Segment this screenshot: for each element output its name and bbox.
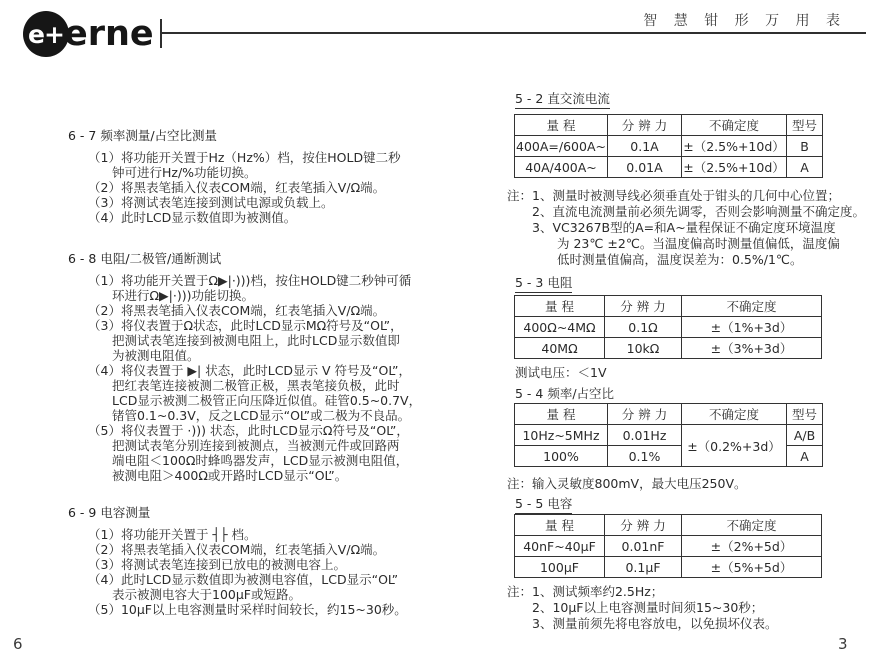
body-line: （3）将测试表笔连接到已放电的被测电容上。 xyxy=(68,557,460,572)
table-row: 40MΩ 10kΩ ±（3%+3d） xyxy=(515,338,822,359)
body-line: （2）将黑表笔插入仪表COM端，红表笔插入V/Ω端。 xyxy=(68,180,460,195)
note-line: 2、直流电流测量前必须先调零，否则会影响测量不确定度。 xyxy=(507,204,859,220)
dc-ac-current-spec-table: 量 程 分 辨 力 不确定度 型号 400A=/600A~ 0.1A ±（2.5… xyxy=(514,114,823,178)
section-heading: 6 - 7 频率测量/占空比测量 xyxy=(68,128,460,143)
body-line: （2）将黑表笔插入仪表COM端，红表笔插入V/Ω端。 xyxy=(68,542,460,557)
body-line: （4）此时LCD显示数值即为被测值。 xyxy=(68,210,460,225)
section-heading: 6 - 8 电阻/二极管/通断测试 xyxy=(68,251,460,266)
cell-uncertainty-merged: ±（0.2%+3d） xyxy=(682,425,787,467)
section-5-2-caption: 5 - 2 直交流电流 xyxy=(515,92,610,106)
body-line: （1）将功能开关置于Hz（Hz%）档，按住HOLD键二秒 xyxy=(68,150,460,165)
header-uncertainty: 不确定度 xyxy=(682,115,787,136)
body-line: （5）10μF以上电容测量时采样时间较长，约15~30秒。 xyxy=(68,602,460,617)
body-line: （1）将功能开关置于 ┤├ 档。 xyxy=(68,527,460,542)
header-range: 量 程 xyxy=(515,515,605,536)
note-line: 注：1、测量时被测导线必须垂直处于钳头的几何中心位置； xyxy=(507,188,859,204)
body-line: 为被测电阻值。 xyxy=(68,348,460,363)
body-line: LCD显示被测二极管正向压降近似值。硅管0.5~0.7V， xyxy=(68,393,460,408)
brand-logo-mark: e+ xyxy=(23,11,69,57)
body-line: 钟可进行Hz/%功能切换。 xyxy=(68,165,460,180)
cell-uncertainty: ±（2.5%+10d） xyxy=(682,157,787,178)
section-5-4-note: 注：输入灵敏度800mV，最大电压250V。 xyxy=(507,476,859,492)
cell-resolution: 10kΩ xyxy=(605,338,682,359)
cell-uncertainty: ±（5%+5d） xyxy=(682,557,822,578)
header-range: 量 程 xyxy=(515,296,605,317)
body-line: 把测试表笔分别连接到被测点，当被测元件或回路两 xyxy=(68,438,460,453)
note-line: 3、VC3267B型的A=和A~量程保证不确定度环境温度 xyxy=(507,220,859,236)
body-line: 把测试表笔连接到被测电阻上，此时LCD显示数值即 xyxy=(68,333,460,348)
header-uncertainty: 不确定度 xyxy=(682,404,787,425)
note-line: 注：1、测试频率约2.5Hz； xyxy=(507,584,859,600)
body-line: （2）将黑表笔插入仪表COM端，红表笔插入V/Ω端。 xyxy=(68,303,460,318)
page-number-right: 3 xyxy=(838,635,848,653)
cell-resolution: 0.1μF xyxy=(605,557,682,578)
header-range: 量 程 xyxy=(515,115,608,136)
section-5-5-notes: 注：1、测试频率约2.5Hz； 2、10μF以上电容测量时间须15~30秒； 3… xyxy=(507,584,859,632)
cell-model: A xyxy=(787,157,823,178)
cell-range: 40A/400A~ xyxy=(515,157,608,178)
capacitance-spec-table: 量 程 分 辨 力 不确定度 40nF~40μF 0.01nF ±（2%+5d）… xyxy=(514,514,822,578)
body-line: 把红表笔连接被测二极管正极，黑表笔接负极，此时 xyxy=(68,378,460,393)
cell-model: A xyxy=(787,446,823,467)
body-line: 表示被测电容大于100μF或短路。 xyxy=(68,587,460,602)
resistance-spec-table: 量 程 分 辨 力 不确定度 400Ω~4MΩ 0.1Ω ±（1%+3d） 40… xyxy=(514,295,822,359)
section-5-5-caption: 5 - 5 电容 xyxy=(515,497,572,511)
header-range: 量 程 xyxy=(515,404,608,425)
cell-uncertainty: ±（1%+3d） xyxy=(682,317,822,338)
cell-model: B xyxy=(787,136,823,157)
note-line: 2、10μF以上电容测量时间须15~30秒； xyxy=(507,600,859,616)
cell-resolution: 0.1% xyxy=(608,446,682,467)
header-resolution: 分 辨 力 xyxy=(605,515,682,536)
header-resolution: 分 辨 力 xyxy=(608,115,682,136)
cell-uncertainty: ±（3%+3d） xyxy=(682,338,822,359)
note-line: 为 23℃ ±2℃。当温度偏高时测量值偏低，温度偏 xyxy=(507,236,859,252)
body-line: （3）将仪表置于Ω状态，此时LCD显示MΩ符号及“OL”， xyxy=(68,318,460,333)
frequency-duty-spec-table: 量 程 分 辨 力 不确定度 型号 10Hz~5MHz 0.01Hz ±（0.2… xyxy=(514,403,823,467)
body-line: 端电阻＜100Ω时蜂鸣器发声，LCD显示被测电阻值， xyxy=(68,453,460,468)
section-6-7-frequency-duty: 6 - 7 频率测量/占空比测量 （1）将功能开关置于Hz（Hz%）档，按住HO… xyxy=(68,128,460,225)
cell-range: 40MΩ xyxy=(515,338,605,359)
section-heading: 6 - 9 电容测量 xyxy=(68,505,460,520)
cell-resolution: 0.1Ω xyxy=(605,317,682,338)
left-column: 6 - 7 频率测量/占空比测量 （1）将功能开关置于Hz（Hz%）档，按住HO… xyxy=(68,0,460,664)
header-uncertainty: 不确定度 xyxy=(682,515,822,536)
section-5-4-caption: 5 - 4 频率/占空比 xyxy=(515,387,614,401)
note-line: 低时测量值偏高，温度误差为：0.5%/1℃。 xyxy=(507,252,859,268)
right-column: 5 - 2 直交流电流 量 程 分 辨 力 不确定度 型号 400A=/600A… xyxy=(507,0,859,664)
cell-uncertainty: ±（2.5%+10d） xyxy=(682,136,787,157)
header-resolution: 分 辨 力 xyxy=(605,296,682,317)
cell-resolution: 0.01Hz xyxy=(608,425,682,446)
header-uncertainty: 不确定度 xyxy=(682,296,822,317)
cell-range: 40nF~40μF xyxy=(515,536,605,557)
cell-range: 100μF xyxy=(515,557,605,578)
test-voltage-footnote: 测试电压：＜1V xyxy=(515,365,867,381)
cell-range: 10Hz~5MHz xyxy=(515,425,608,446)
body-line: （3）将测试表笔连接到测试电源或负载上。 xyxy=(68,195,460,210)
body-line: （4）将仪表置于 ▶| 状态，此时LCD显示 V 符号及“OL”， xyxy=(68,363,460,378)
section-5-2-notes: 注：1、测量时被测导线必须垂直处于钳头的几何中心位置； 2、直流电流测量前必须先… xyxy=(507,188,859,268)
header-model: 型号 xyxy=(787,115,823,136)
body-line: 环进行Ω▶|·)))功能切换。 xyxy=(68,288,460,303)
table-row: 100μF 0.1μF ±（5%+5d） xyxy=(515,557,822,578)
cell-uncertainty: ±（2%+5d） xyxy=(682,536,822,557)
body-line: 被测电阻＞400Ω或开路时LCD显示“OL”。 xyxy=(68,468,460,483)
cell-resolution: 0.01nF xyxy=(605,536,682,557)
body-line: （5）将仪表置于 ·))) 状态，此时LCD显示Ω符号及“OL”， xyxy=(68,423,460,438)
table-row: 10Hz~5MHz 0.01Hz ±（0.2%+3d） A/B xyxy=(515,425,823,446)
cell-resolution: 0.01A xyxy=(608,157,682,178)
body-line: （1）将功能开关置于Ω▶|·)))档，按住HOLD键二秒钟可循 xyxy=(68,273,460,288)
page-number-left: 6 xyxy=(13,635,23,653)
header-model: 型号 xyxy=(787,404,823,425)
table-row: 400Ω~4MΩ 0.1Ω ±（1%+3d） xyxy=(515,317,822,338)
cell-range: 400A=/600A~ xyxy=(515,136,608,157)
header-resolution: 分 辨 力 xyxy=(608,404,682,425)
body-line: （4）此时LCD显示数值即为被测电容值，LCD显示“OL” xyxy=(68,572,460,587)
note-line: 3、测量前须先将电容放电，以免损坏仪表。 xyxy=(507,616,859,632)
table-row: 400A=/600A~ 0.1A ±（2.5%+10d） B xyxy=(515,136,823,157)
cell-resolution: 0.1A xyxy=(608,136,682,157)
table-row: 40nF~40μF 0.01nF ±（2%+5d） xyxy=(515,536,822,557)
body-line: 锗管0.1~0.3V，反之LCD显示“OL”或二极为不良品。 xyxy=(68,408,460,423)
cell-range: 400Ω~4MΩ xyxy=(515,317,605,338)
cell-range: 100% xyxy=(515,446,608,467)
section-5-3-caption: 5 - 3 电阻 xyxy=(515,276,572,290)
section-6-9-capacitance: 6 - 9 电容测量 （1）将功能开关置于 ┤├ 档。 （2）将黑表笔插入仪表C… xyxy=(68,505,460,617)
table-row: 40A/400A~ 0.01A ±（2.5%+10d） A xyxy=(515,157,823,178)
cell-model: A/B xyxy=(787,425,823,446)
section-6-8-resistance-diode-continuity: 6 - 8 电阻/二极管/通断测试 （1）将功能开关置于Ω▶|·)))档，按住H… xyxy=(68,251,460,483)
